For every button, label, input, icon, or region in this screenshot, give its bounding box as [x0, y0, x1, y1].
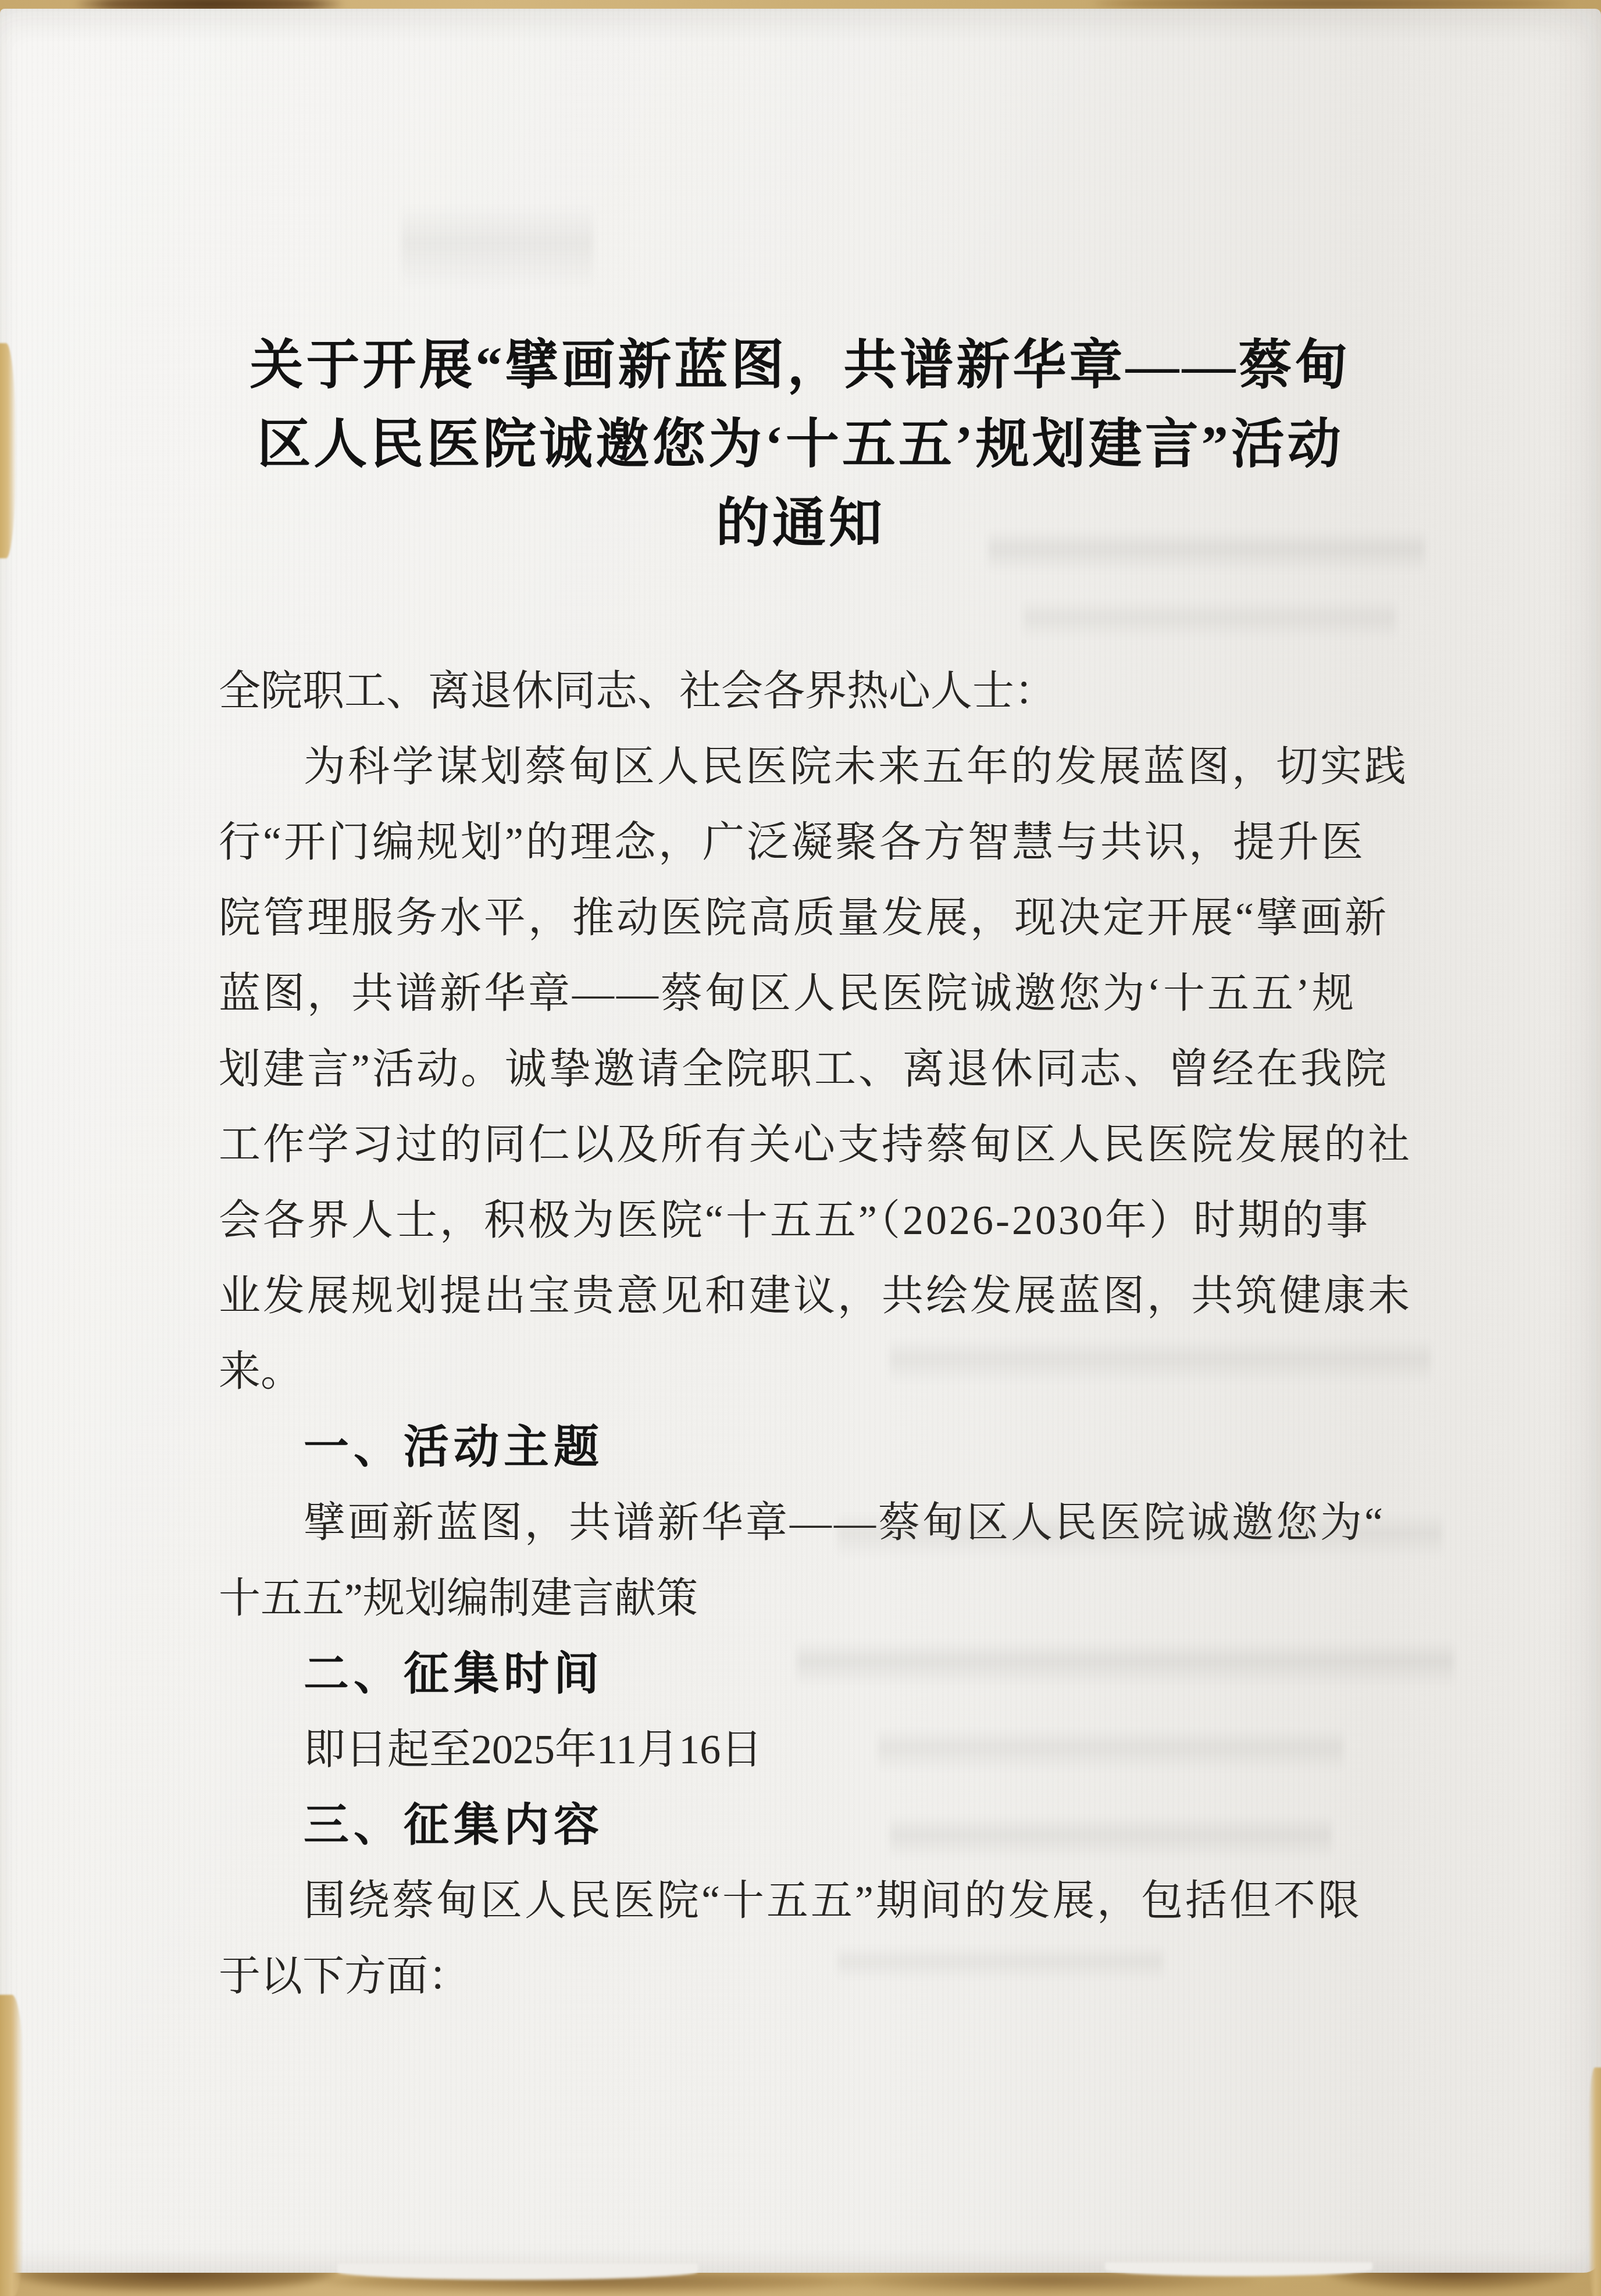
intro-line: 会各界人士，积极为医院“十五五”（2026-2030年）时期的事	[219, 1182, 1434, 1258]
paper-edge-bump	[337, 2263, 698, 2280]
section-heading-activity-theme: 一、活动主题	[219, 1409, 1434, 1485]
intro-line: 院管理服务水平，推动医院高质量发展，现决定开展“擘画新	[219, 880, 1434, 956]
wood-edge-sliver	[1588, 2067, 1601, 2296]
intro-line: 划建言”活动。诚挚邀请全院职工、离退休同志、曾经在我院	[219, 1031, 1434, 1107]
section-body-line: 围绕蔡甸区人民医院“十五五”期间的发展，包括但不限	[219, 1863, 1434, 1938]
document-page: 关于开展“擘画新蓝图，共谱新华章——蔡甸 区人民医院诚邀您为‘十五五’规划建言”…	[0, 9, 1601, 2273]
bleedthrough-smudge	[401, 204, 593, 291]
intro-line: 行“开门编规划”的理念，广泛凝聚各方智慧与共识，提升医	[219, 804, 1434, 880]
title-line-2: 区人民医院诚邀您为‘十五五’规划建言”活动	[0, 405, 1601, 484]
section-heading-collection-content: 三、征集内容	[219, 1787, 1434, 1863]
intro-line: 工作学习过的同仁以及所有关心支持蔡甸区人民医院发展的社	[219, 1107, 1434, 1182]
document-title: 关于开展“擘画新蓝图，共谱新华章——蔡甸 区人民医院诚邀您为‘十五五’规划建言”…	[0, 326, 1601, 563]
section-body-line: 十五五”规划编制建言献策	[219, 1560, 1434, 1636]
paper-edge-bump	[1105, 2262, 1372, 2276]
document-body: 全院职工、离退休同志、社会各界热心人士： 为科学谋划蔡甸区人民医院未来五年的发展…	[219, 653, 1434, 2014]
section-body-line: 擘画新蓝图，共谱新华章——蔡甸区人民医院诚邀您为“	[219, 1485, 1434, 1560]
bleedthrough-smudge	[1024, 599, 1396, 640]
intro-line: 业发展规划提出宝贵意见和建议，共绘发展蓝图，共筑健康未	[219, 1258, 1434, 1334]
section-heading-collection-time: 二、征集时间	[219, 1636, 1434, 1712]
intro-line: 蓝图，共谱新华章——蔡甸区人民医院诚邀您为‘十五五’规	[219, 956, 1434, 1031]
wood-edge-sliver	[0, 1995, 23, 2296]
title-line-1: 关于开展“擘画新蓝图，共谱新华章——蔡甸	[0, 326, 1601, 405]
photo-of-printed-notice: { "document": { "title_lines": [ "关于开展“擘…	[0, 0, 1601, 2296]
salutation-line: 全院职工、离退休同志、社会各界热心人士：	[219, 653, 1434, 729]
section-body-line: 于以下方面：	[219, 1938, 1434, 2014]
section-body-line: 即日起至2025年11月16日	[219, 1712, 1434, 1787]
intro-line: 为科学谋划蔡甸区人民医院未来五年的发展蓝图，切实践	[219, 729, 1434, 804]
title-line-3: 的通知	[0, 484, 1601, 563]
intro-line: 来。	[219, 1334, 1434, 1409]
